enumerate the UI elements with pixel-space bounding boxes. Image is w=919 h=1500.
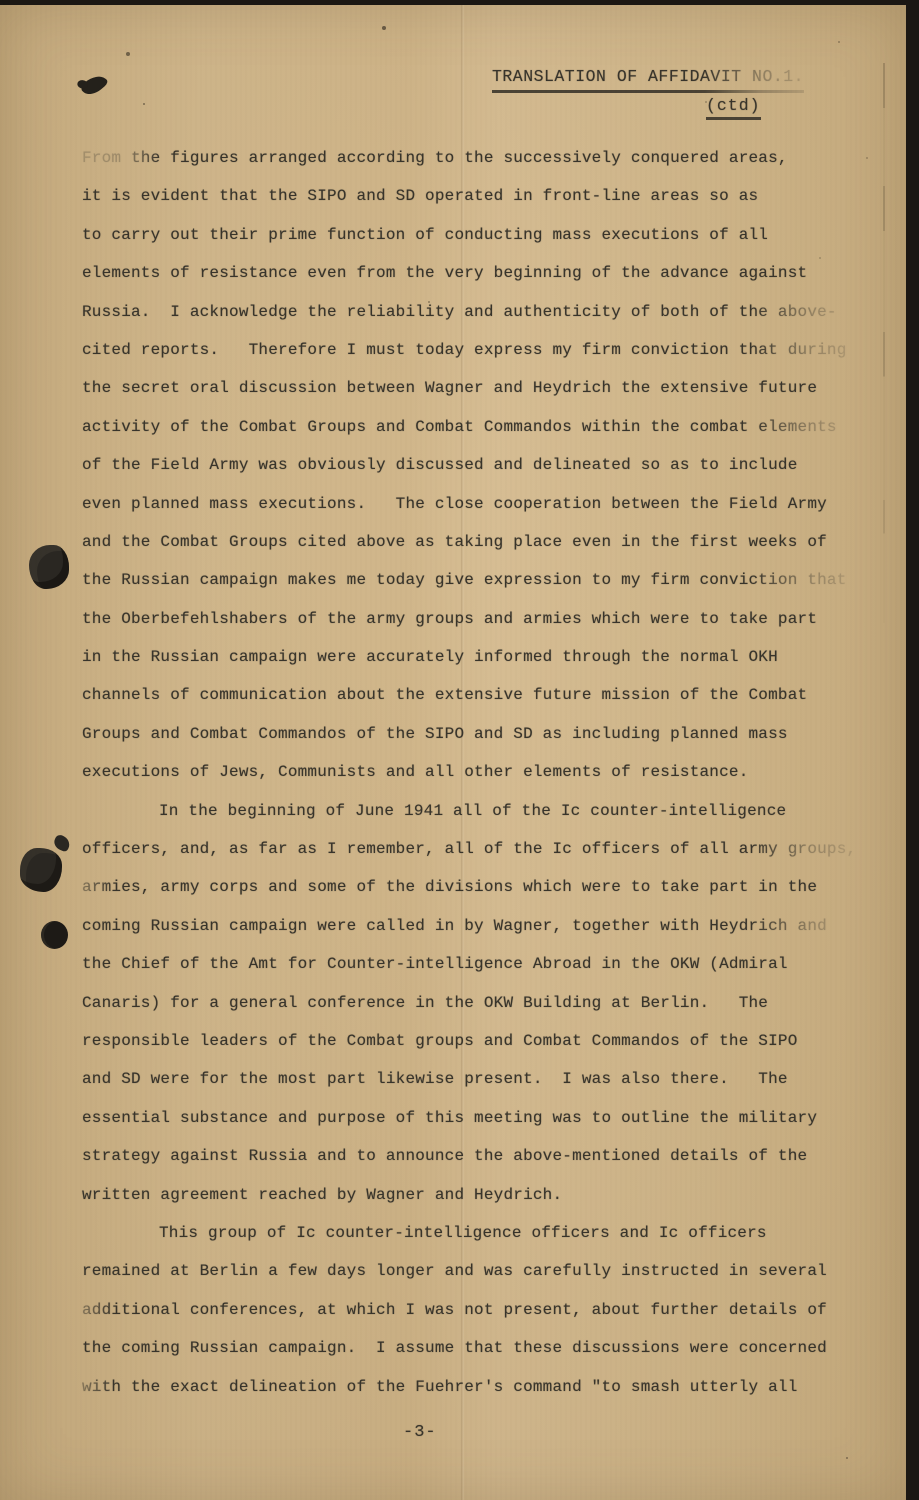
text-line: remained at Berlin a few days longer and… <box>82 1252 860 1290</box>
text-line: Russia. I acknowledge the reliability an… <box>82 293 860 331</box>
text-line: essential substance and purpose of this … <box>82 1099 860 1137</box>
text-line: channels of communication about the exte… <box>82 676 860 714</box>
text-line: activity of the Combat Groups and Combat… <box>82 408 860 446</box>
text-line: strategy against Russia and to announce … <box>82 1137 860 1175</box>
text-line: it is evident that the SIPO and SD opera… <box>82 177 860 215</box>
paper-crease-right <box>883 63 885 623</box>
text-line: with the exact delineation of the Fuehre… <box>82 1368 860 1406</box>
document-body: From the figures arranged according to t… <box>82 139 860 1406</box>
document-title: TRANSLATION OF AFFIDAVIT NO.1. <box>492 67 804 93</box>
document-header: TRANSLATION OF AFFIDAVIT NO.1. (ctd) <box>492 67 822 93</box>
text-line: to carry out their prime function of con… <box>82 216 860 254</box>
paper: TRANSLATION OF AFFIDAVIT NO.1. (ctd) Fro… <box>0 5 906 1500</box>
paper-specks <box>0 5 2 7</box>
text-line: cited reports. Therefore I must today ex… <box>82 331 860 369</box>
text-line: Groups and Combat Commandos of the SIPO … <box>82 715 860 753</box>
text-line: in the Russian campaign were accurately … <box>82 638 860 676</box>
text-line: officers, and, as far as I remember, all… <box>82 830 860 868</box>
ink-blot <box>29 545 69 589</box>
text-line: the secret oral discussion between Wagne… <box>82 369 860 407</box>
text-line: From the figures arranged according to t… <box>82 139 860 177</box>
text-line: executions of Jews, Communists and all o… <box>82 753 860 791</box>
text-line: This group of Ic counter-intelligence of… <box>82 1214 860 1252</box>
text-line: and the Combat Groups cited above as tak… <box>82 523 860 561</box>
text-line: the Russian campaign makes me today give… <box>82 561 860 599</box>
text-line: coming Russian campaign were called in b… <box>82 907 860 945</box>
ink-smudge-mark <box>78 72 109 98</box>
text-line: and SD were for the most part likewise p… <box>82 1060 860 1098</box>
text-line: written agreement reached by Wagner and … <box>82 1176 860 1214</box>
text-line: responsible leaders of the Combat groups… <box>82 1022 860 1060</box>
text-line: elements of resistance even from the ver… <box>82 254 860 292</box>
text-line: even planned mass executions. The close … <box>82 485 860 523</box>
text-line: In the beginning of June 1941 all of the… <box>82 792 860 830</box>
hole-punch-dot <box>41 921 68 949</box>
text-line: additional conferences, at which I was n… <box>82 1291 860 1329</box>
text-line: the Chief of the Amt for Counter-intelli… <box>82 945 860 983</box>
page-number: -3- <box>403 1423 483 1442</box>
text-line: the Oberbefehlshabers of the army groups… <box>82 600 860 638</box>
text-line: of the Field Army was obviously discusse… <box>82 446 860 484</box>
text-line: Canaris) for a general conference in the… <box>82 984 860 1022</box>
ink-blot <box>20 848 62 892</box>
text-line: armies, army corps and some of the divis… <box>82 868 860 906</box>
text-line: the coming Russian campaign. I assume th… <box>82 1329 860 1367</box>
continuation-label: (ctd) <box>706 96 761 120</box>
